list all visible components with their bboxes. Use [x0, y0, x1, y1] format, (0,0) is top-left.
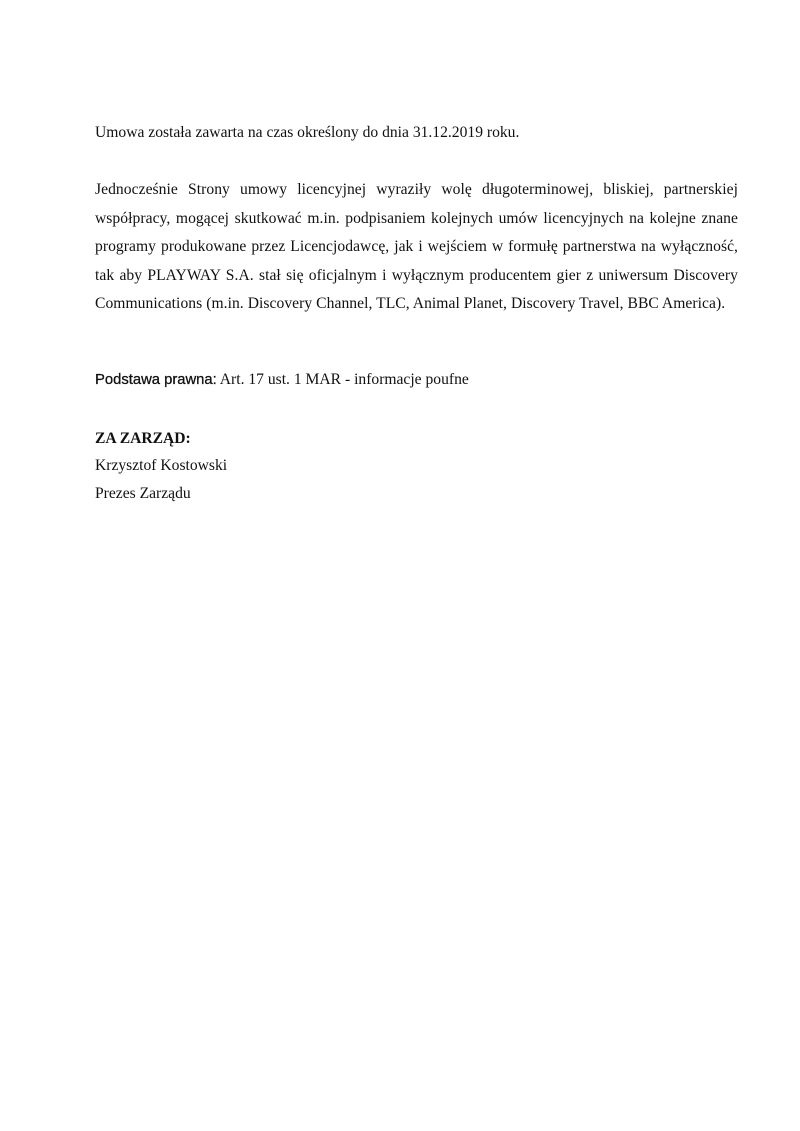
legal-basis: Podstawa prawna: Art. 17 ust. 1 MAR - in… [95, 371, 469, 389]
signature-heading: ZA ZARZĄD: [95, 430, 191, 448]
legal-basis-value: Art. 17 ust. 1 MAR - informacje poufne [217, 371, 469, 388]
partnership-paragraph: Jednocześnie Strony umowy licencyjnej wy… [95, 176, 738, 319]
legal-basis-label: Podstawa prawna: [95, 372, 217, 388]
signatory-name: Krzysztof Kostowski [95, 457, 227, 475]
contract-term-sentence: Umowa została zawarta na czas określony … [95, 124, 519, 142]
signatory-role: Prezes Zarządu [95, 485, 191, 503]
